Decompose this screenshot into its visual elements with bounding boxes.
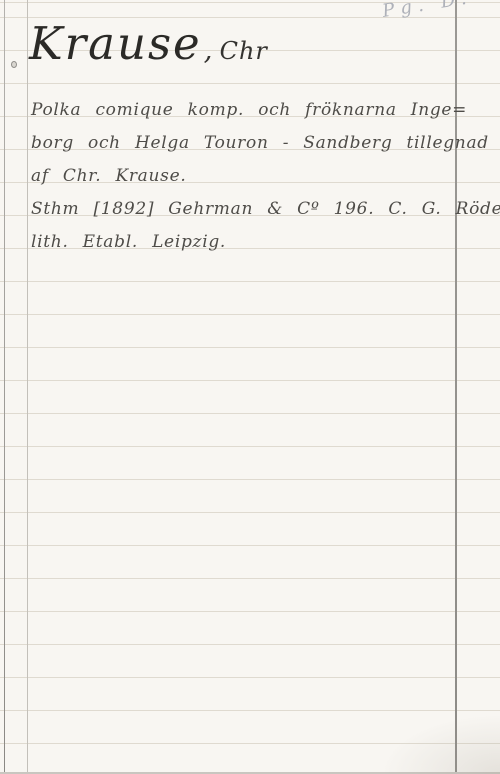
body-line: Sthm [1892] Gehrman & Cº 196. C. G. Röde… xyxy=(31,193,457,226)
card-left-edge-line xyxy=(4,0,5,774)
body-line: af Chr. Krause. xyxy=(31,160,457,193)
left-margin-rule xyxy=(27,0,28,774)
heading-given-name: Chr xyxy=(220,37,268,65)
card-body: Polka comique komp. och fröknarna Inge= … xyxy=(31,94,457,259)
pencil-annotation: Pg. D. xyxy=(381,0,474,22)
heading-surname: Krause xyxy=(29,18,202,70)
body-line: borg och Helga Touron - Sandberg tillegn… xyxy=(31,127,457,160)
scan-smudge xyxy=(380,714,500,774)
body-line: Polka comique komp. och fröknarna Inge= xyxy=(31,94,457,127)
margin-mark xyxy=(11,61,17,68)
body-line: lith. Etabl. Leipzig. xyxy=(31,226,457,259)
catalog-card-scan: Pg. D. Krause , Chr Polka comique komp. … xyxy=(0,0,500,774)
card-heading: Krause , Chr xyxy=(29,18,268,70)
heading-separator: , xyxy=(204,33,213,66)
